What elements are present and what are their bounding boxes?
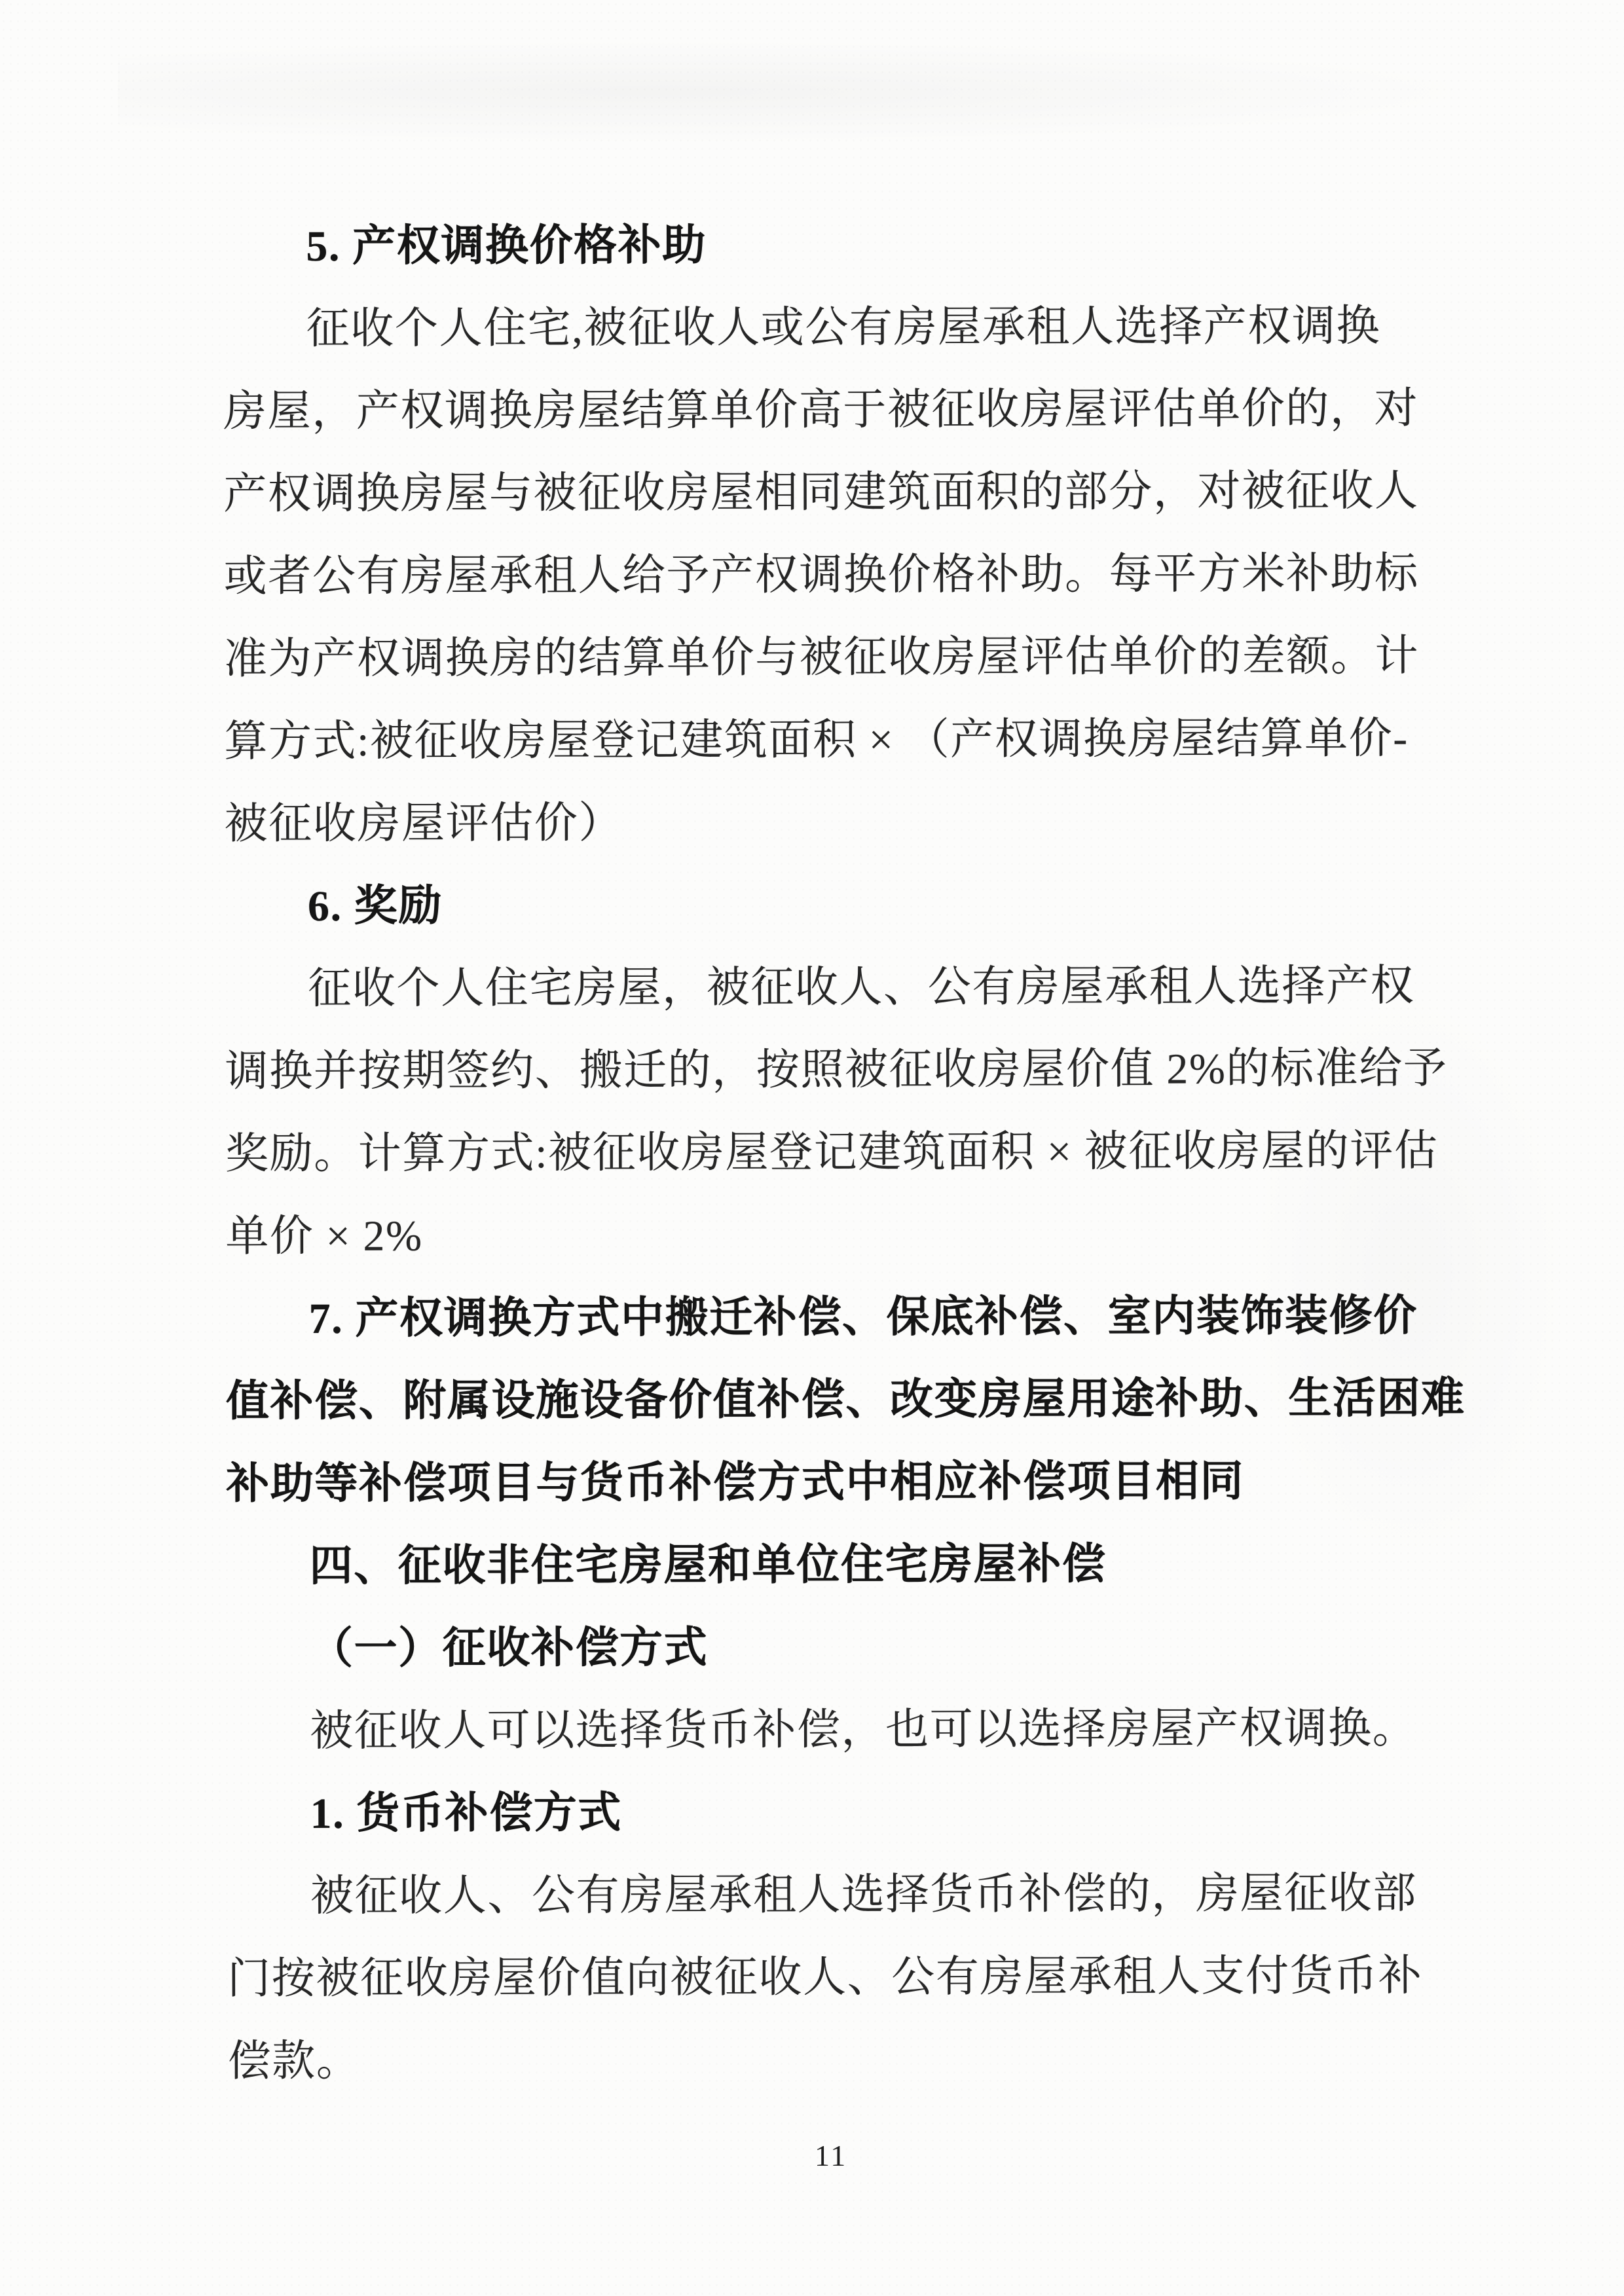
heading-section-4: 四、征收非住宅房屋和单位住宅房屋补偿 xyxy=(309,1523,1106,1608)
paragraph-line: 调换并按期签约、搬迁的，按照被征收房屋价值 2%的标准给予 xyxy=(225,1027,1447,1113)
heading-subsection-1: （一）征收补偿方式 xyxy=(310,1607,709,1690)
heading-item-6: 6. 奖励 xyxy=(308,865,443,948)
paragraph-line: 偿款。 xyxy=(227,2020,360,2104)
heading-item-7-line-1: 7. 产权调换方式中搬迁补偿、保底补偿、室内装饰装修价 xyxy=(308,1275,1418,1360)
document-page: 5. 产权调换价格补助 征收个人住宅,被征收人或公有房屋承租人选择产权调换 房屋… xyxy=(0,0,1624,2296)
paragraph-line: 被征收人、公有房屋承租人选择货币补偿的，房屋征收部 xyxy=(310,1853,1417,1938)
paragraph-line: 产权调换房屋与被征收房屋相同建筑面积的部分，对被征收人 xyxy=(223,450,1419,536)
paragraph-line: 门按被征收房屋价值向被征收人、公有房屋承租人支付货币补 xyxy=(227,1935,1423,2021)
paragraph-line: 房屋，产权调换房屋结算单价高于被征收房屋评估单价的，对 xyxy=(223,368,1419,454)
text-block: 5. 产权调换价格补助 征收个人住宅,被征收人或公有房屋承租人选择产权调换 房屋… xyxy=(0,0,1624,2296)
heading-item-7-line-3: 补助等补偿项目与货币补偿方式中相应补偿项目相同 xyxy=(226,1440,1244,1525)
heading-item-7-line-2: 值补偿、附属设施设备价值补偿、改变房屋用途补助、生活困难 xyxy=(226,1357,1466,1443)
paragraph-line: 单价 × 2% xyxy=(225,1195,423,1279)
page-number: 11 xyxy=(815,2138,847,2173)
paragraph-line: 算方式:被征收房屋登记建筑面积 × （产权调换房屋结算单价- xyxy=(224,698,1409,784)
heading-item-1-monetary: 1. 货币补偿方式 xyxy=(310,1772,622,1855)
paragraph-line: 征收个人住宅房屋，被征收人、公有房屋承租人选择产权 xyxy=(308,945,1414,1030)
heading-item-5: 5. 产权调换价格补助 xyxy=(306,204,707,288)
paragraph-line: 或者公有房屋承租人给予产权调换价格补助。每平方米补助标 xyxy=(223,533,1419,619)
paragraph-line: 被征收人可以选择货币补偿，也可以选择房屋产权调换。 xyxy=(310,1688,1416,1773)
paragraph-line: 被征收房屋评估价） xyxy=(224,782,623,866)
paragraph-line: 准为产权调换房的结算单价与被征收房屋评估单价的差额。计 xyxy=(224,615,1420,701)
paragraph-line: 征收个人住宅,被征收人或公有房屋承租人选择产权调换 xyxy=(306,285,1380,371)
paragraph-line: 奖励。计算方式:被征收房屋登记建筑面积 × 被征收房屋的评估 xyxy=(225,1110,1439,1195)
